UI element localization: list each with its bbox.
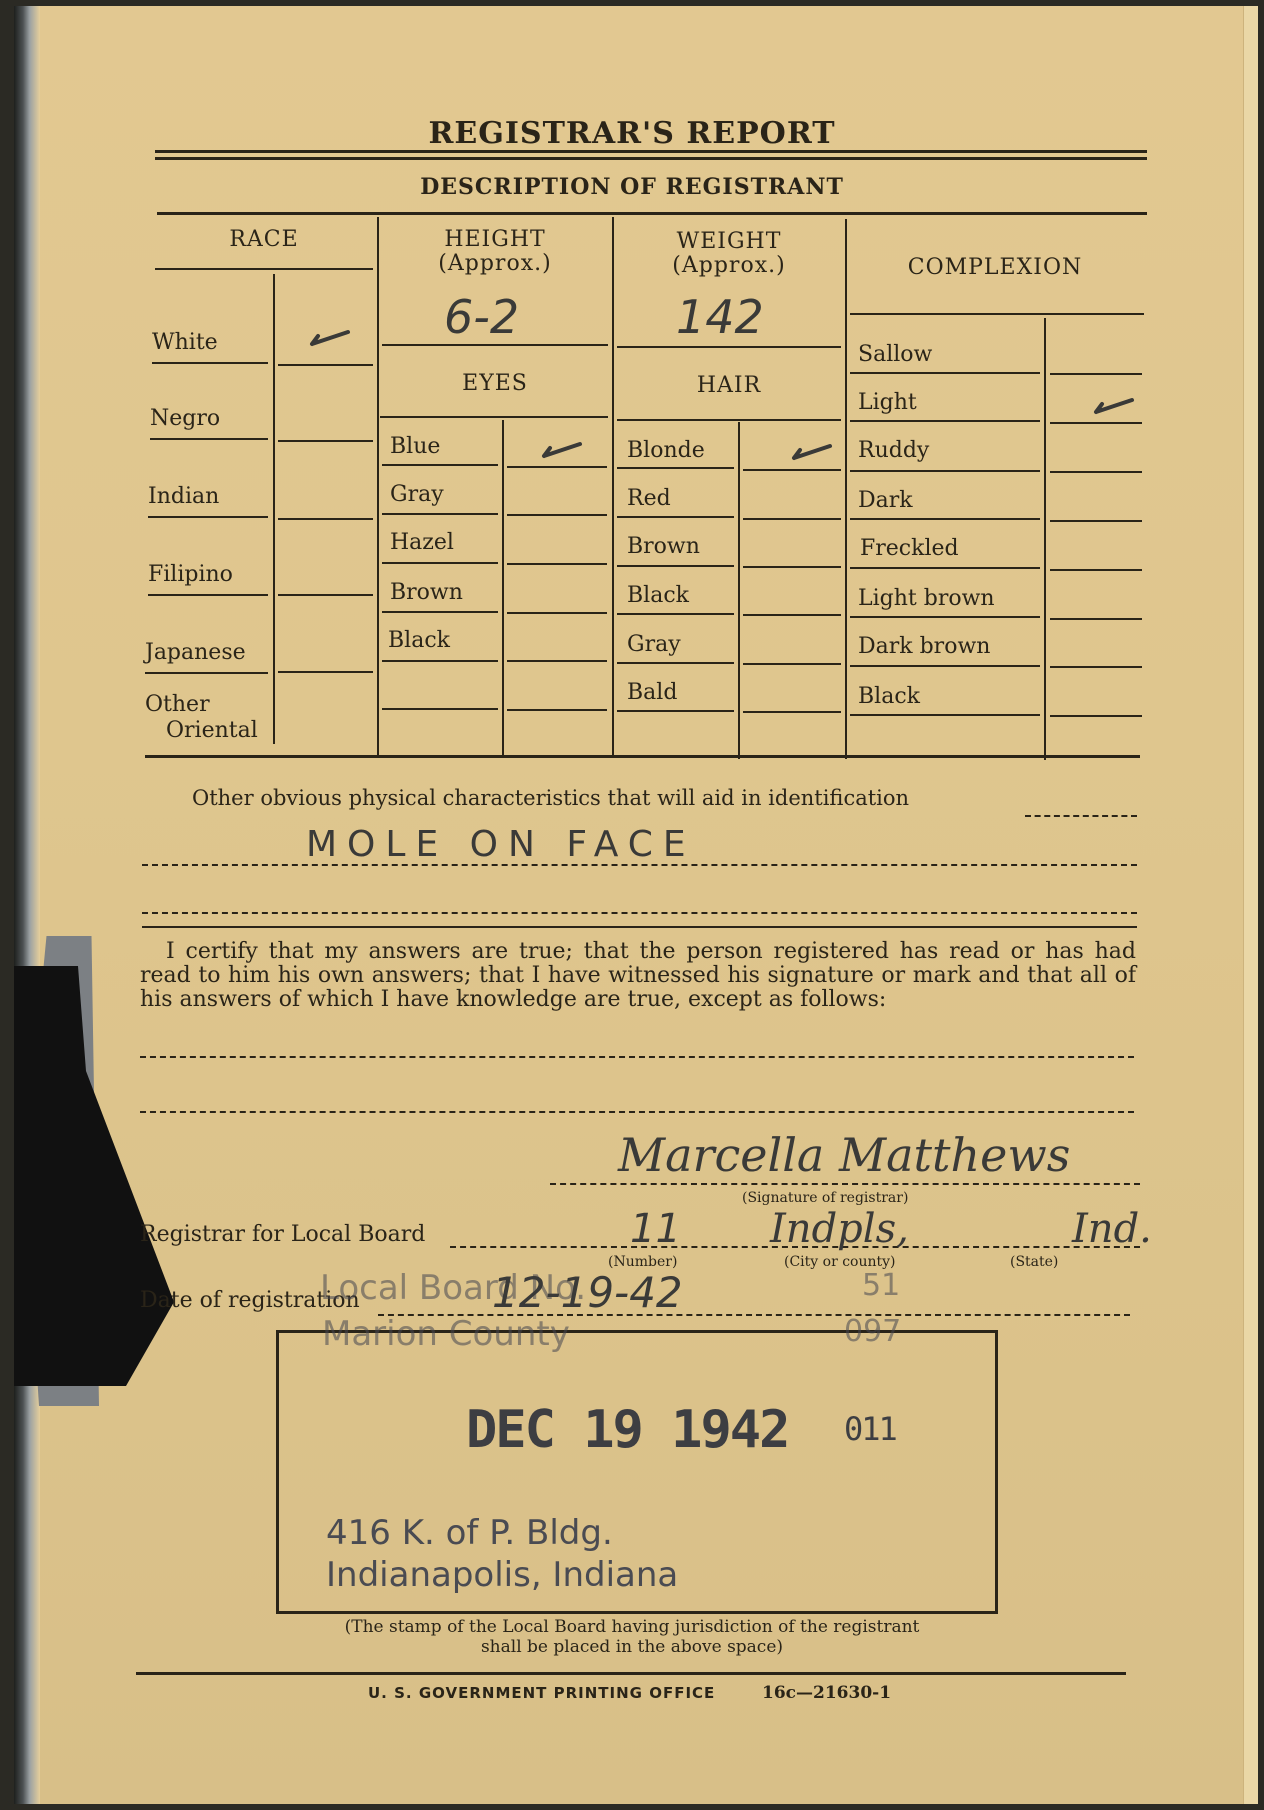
registration-date-value: 12-19-42: [492, 1268, 683, 1317]
height-rule: [382, 344, 608, 346]
row-rule: [850, 420, 1040, 422]
local-board-city: Indpls,: [770, 1206, 909, 1252]
certification-text: I certify that my answers are true; that…: [140, 940, 1136, 1012]
complexion-option-black: Black: [858, 684, 920, 709]
race-option-negro: Negro: [150, 406, 220, 431]
row-rule: [617, 565, 734, 567]
hair-option-bald: Bald: [627, 680, 677, 705]
stamp-caption: (The stamp of the Local Board having jur…: [0, 1617, 1264, 1657]
hair-blonde-checkmark: [790, 442, 834, 462]
row-rule: [743, 663, 841, 665]
row-rule: [507, 563, 607, 565]
race-header: RACE: [155, 228, 373, 252]
eyes-header: EYES: [380, 372, 610, 396]
local-board-number: 11: [630, 1206, 681, 1252]
stamp-date: DEC 19 1942: [466, 1400, 788, 1460]
weight-complexion-divider: [845, 219, 847, 759]
dotted-line: [142, 864, 1137, 866]
height-value: 6-2: [444, 290, 519, 344]
signature-caption: (Signature of registrar): [742, 1190, 908, 1206]
weight-rule: [617, 346, 841, 348]
row-rule: [278, 671, 373, 673]
footer-rule: [136, 1672, 1126, 1675]
race-option-indian: Indian: [148, 484, 219, 509]
signature-line: [550, 1183, 1140, 1185]
complexion-light-checkmark: [1092, 396, 1136, 416]
row-rule: [507, 466, 607, 468]
race-white-checkmark: [308, 328, 352, 348]
row-rule: [850, 665, 1040, 667]
weight-header: WEIGHT(Approx.): [615, 230, 843, 278]
dotted-line: [142, 912, 1137, 914]
row-rule: [1050, 569, 1142, 571]
hair-option-red: Red: [627, 486, 671, 511]
row-rule: [850, 714, 1040, 716]
stamp-overprint-county: Marion County: [322, 1314, 570, 1354]
stamp-caption-line2: shall be placed in the above space): [0, 1637, 1264, 1657]
row-rule: [278, 518, 373, 520]
eyes-option-blue: Blue: [390, 434, 440, 459]
row-rule: [743, 614, 841, 616]
row-rule: [1050, 715, 1142, 717]
complexion-option-sallow: Sallow: [858, 342, 932, 367]
row-rule: [382, 513, 498, 515]
height-approx-label: (Approx.): [438, 251, 551, 276]
row-rule: [507, 612, 607, 614]
hair-header-rule: [617, 419, 841, 421]
row-rule: [617, 613, 734, 615]
hair-option-black: Black: [627, 583, 689, 608]
document-subtitle: DESCRIPTION OF REGISTRANT: [0, 174, 1264, 200]
table-top-rule: [157, 212, 1147, 215]
weight-header-label: WEIGHT: [677, 229, 782, 254]
row-rule: [850, 567, 1040, 569]
eyes-option-gray: Gray: [390, 482, 444, 507]
row-rule: [1050, 471, 1142, 473]
stamp-overprint-code: 097: [844, 1314, 901, 1349]
row-rule: [152, 362, 268, 364]
hair-check-divider: [738, 422, 740, 759]
eyes-option-hazel: Hazel: [390, 530, 454, 555]
stamp-overprint-number: 51: [862, 1268, 900, 1303]
stamp-address-line2: Indianapolis, Indiana: [326, 1554, 678, 1596]
race-option-oriental: Oriental: [166, 718, 258, 743]
eyes-option-black: Black: [388, 628, 450, 653]
weight-value: 142: [676, 290, 764, 344]
row-rule: [850, 372, 1040, 374]
row-rule: [278, 364, 373, 366]
row-rule: [150, 438, 268, 440]
row-rule: [743, 469, 841, 471]
row-rule: [278, 440, 373, 442]
row-rule: [148, 516, 268, 518]
hair-option-brown: Brown: [627, 534, 700, 559]
row-rule: [1050, 422, 1142, 424]
characteristics-label: Other obvious physical characteristics t…: [192, 786, 909, 810]
stamp-caption-line1: (The stamp of the Local Board having jur…: [0, 1617, 1264, 1637]
race-option-japanese: Japanese: [145, 640, 246, 665]
row-rule: [1050, 520, 1142, 522]
complexion-option-dark-brown: Dark brown: [858, 634, 990, 659]
complexion-option-dark: Dark: [858, 488, 913, 513]
row-rule: [743, 566, 841, 568]
characteristics-value: MOLE ON FACE: [306, 824, 696, 865]
section-rule: [142, 926, 1137, 928]
title-rule-bottom: [155, 157, 1147, 160]
row-rule: [617, 516, 734, 518]
row-rule: [507, 709, 607, 711]
document-title: REGISTRAR'S REPORT: [0, 116, 1264, 151]
race-option-white: White: [152, 330, 218, 355]
stamp-code: 011: [844, 1410, 896, 1448]
row-rule: [850, 616, 1040, 618]
dotted-line: [1025, 815, 1137, 817]
eyes-option-brown: Brown: [390, 580, 463, 605]
complexion-header-rule: [850, 313, 1144, 315]
row-rule: [382, 562, 498, 564]
table-bottom-rule: [145, 755, 1140, 758]
height-weight-divider: [612, 217, 614, 757]
complexion-check-divider: [1044, 318, 1046, 760]
row-rule: [278, 594, 373, 596]
row-rule: [382, 464, 498, 466]
printer-imprint: U. S. GOVERNMENT PRINTING OFFICE: [368, 1684, 715, 1702]
form-code: 16c—21630-1: [762, 1683, 891, 1703]
complexion-option-ruddy: Ruddy: [858, 438, 929, 463]
race-check-divider: [273, 274, 275, 744]
row-rule: [382, 660, 498, 662]
hair-header: HAIR: [615, 374, 843, 398]
row-rule: [145, 672, 268, 674]
right-page-edge: [1243, 6, 1258, 1804]
row-rule: [1050, 618, 1142, 620]
height-header-label: HEIGHT: [444, 227, 545, 252]
row-rule: [850, 518, 1040, 520]
row-rule: [1050, 666, 1142, 668]
row-rule: [743, 518, 841, 520]
dotted-line: [140, 1111, 1134, 1113]
complexion-option-light-brown: Light brown: [858, 586, 995, 611]
local-board-state: Ind.: [1072, 1206, 1152, 1252]
complexion-header: COMPLEXION: [850, 256, 1140, 280]
local-board-label: Registrar for Local Board: [140, 1222, 425, 1247]
race-height-divider: [377, 217, 379, 757]
weight-approx-label: (Approx.): [672, 253, 785, 278]
title-rule-top: [155, 150, 1147, 153]
race-option-other: Other: [145, 692, 210, 717]
row-rule: [617, 467, 734, 469]
dotted-line: [140, 1056, 1134, 1058]
race-option-filipino: Filipino: [148, 562, 233, 587]
registrar-signature: Marcella Matthews: [618, 1128, 1070, 1182]
hair-option-blonde: Blonde: [627, 438, 705, 463]
race-header-rule: [155, 268, 373, 270]
left-binding-edge: [14, 6, 40, 1804]
row-rule: [617, 710, 734, 712]
row-rule: [617, 662, 734, 664]
height-header: HEIGHT(Approx.): [380, 228, 610, 276]
hair-option-gray: Gray: [627, 632, 681, 657]
eyes-blue-checkmark: [540, 440, 584, 460]
row-rule: [850, 470, 1040, 472]
row-rule: [148, 594, 268, 596]
eyes-header-rule: [380, 416, 608, 418]
row-rule: [382, 708, 498, 710]
complexion-option-light: Light: [858, 390, 917, 415]
eyes-check-divider: [502, 420, 504, 757]
complexion-option-freckled: Freckled: [860, 536, 959, 561]
torn-corner: [14, 966, 174, 1386]
state-caption: (State): [1010, 1254, 1058, 1270]
row-rule: [507, 660, 607, 662]
row-rule: [1050, 373, 1142, 375]
row-rule: [507, 514, 607, 516]
row-rule: [382, 611, 498, 613]
row-rule: [743, 711, 841, 713]
stamp-address-line1: 416 K. of P. Bldg.: [326, 1512, 613, 1554]
